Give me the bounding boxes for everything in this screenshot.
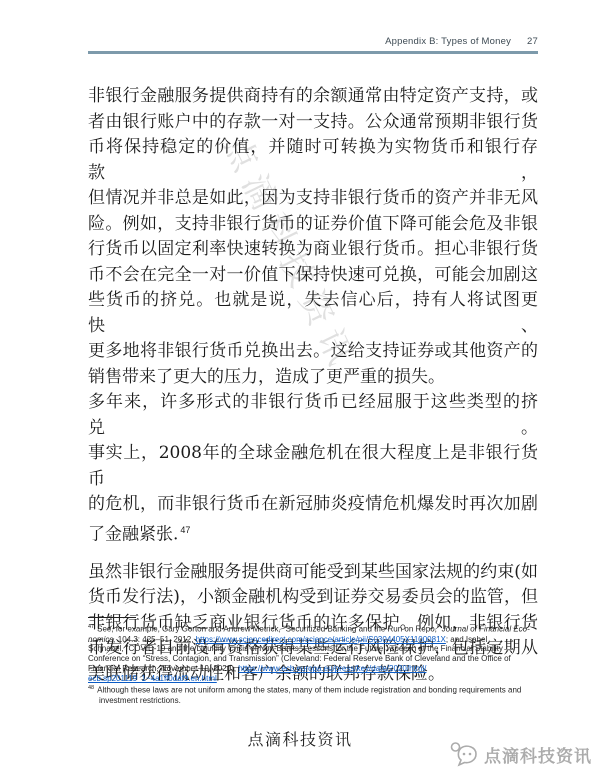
footnote-line: 48Although these laws are not uniform am… bbox=[88, 684, 544, 696]
logo-text: 点滴科技资讯 bbox=[484, 742, 592, 767]
body-line: 者由银行账户中的存款一对一支持。公众通常预期非银行货 bbox=[88, 110, 538, 136]
footnote-text: ; and Isabel bbox=[446, 635, 487, 644]
footnote-separator bbox=[88, 617, 136, 618]
header-rule bbox=[88, 51, 538, 54]
footnote-text: . bbox=[217, 674, 219, 683]
footnotes-section: 47See, for example, Gary Gorton and Andr… bbox=[88, 617, 544, 706]
document-page: 点滴科技资讯 Appendix B: Types of Money27 非银行金… bbox=[0, 0, 600, 777]
footnote-link[interactable]: ecb.sp201119_1~4a1ff0daf9.en.html bbox=[88, 674, 217, 683]
footnotes-list: 47See, for example, Gary Gorton and Andr… bbox=[88, 623, 544, 706]
chat-bubble-logo-icon bbox=[449, 740, 481, 768]
footnote-text: Schnabel, “COVID-19 and the Liquidity Cr… bbox=[88, 644, 503, 653]
body-line: 行货币以固定利率快速转换为商业银行货币。担心非银行货 bbox=[88, 237, 538, 263]
body-line: 货币发行法)，小额金融机构受到证券交易委员会的监管，但 bbox=[88, 585, 538, 611]
footnote-line: Schnabel, “COVID-19 and the Liquidity Cr… bbox=[88, 644, 544, 654]
footnote-text: Conference on “Stress, Contagion, and Tr… bbox=[88, 654, 511, 663]
footnote-ref: 47 bbox=[180, 525, 190, 535]
footnote-link[interactable]: https://www.ecb.europa.eu/press/key/date… bbox=[238, 664, 426, 673]
footnote-line: Conference on “Stress, Contagion, and Tr… bbox=[88, 654, 544, 664]
footnote-line: 47See, for example, Gary Gorton and Andr… bbox=[88, 623, 544, 635]
body-line: 事实上，2008年的全球金融危机在很大程度上是非银行货币 bbox=[88, 441, 538, 492]
header-title: Appendix B: Types of Money bbox=[385, 36, 511, 47]
paragraph: 非银行金融服务提供商持有的余额通常由特定资产支持，或者由银行账户中的存款一对一支… bbox=[88, 84, 538, 390]
footnote-line: ecb.sp201119_1~4a1ff0daf9.en.html. bbox=[88, 674, 544, 684]
body-text: 非银行金融服务提供商持有的余额通常由特定资产支持，或者由银行账户中的存款一对一支… bbox=[88, 84, 538, 687]
footnote-link[interactable]: https://www.sciencedirect.com/science/ar… bbox=[196, 635, 446, 644]
footnote-marker: 47 bbox=[88, 624, 94, 630]
footnote-text: nomics, bbox=[88, 635, 116, 644]
footnote-line: nomics, 104.3: 425–51, 2012, https://www… bbox=[88, 635, 544, 645]
footnote-text: Journal of Financial Eco- bbox=[442, 625, 530, 634]
footnote-text: Although these laws are not uniform amon… bbox=[97, 686, 521, 695]
body-line: 了金融紧张.47 bbox=[88, 518, 538, 548]
body-line: 更多地将非银行货币兑换出去。这给支持证券或其他资产的 bbox=[88, 339, 538, 365]
body-line: 些货币的挤兑。也就是说，失去信心后，持有人将试图更快、 bbox=[88, 288, 538, 339]
page-header: Appendix B: Types of Money27 bbox=[88, 36, 538, 47]
footnote-text: Financial Research, November 19, 2020), bbox=[88, 664, 238, 673]
body-line: 险。例如，支持非银行货币的证券价值下降可能会危及非银 bbox=[88, 212, 538, 238]
body-line: 虽然非银行金融服务提供商可能受到某些国家法规的约束(如 bbox=[88, 560, 538, 586]
logo-watermark: 点滴科技资讯 bbox=[449, 740, 592, 768]
page-number: 27 bbox=[527, 36, 538, 47]
footnote-line: Financial Research, November 19, 2020), … bbox=[88, 664, 544, 674]
body-line: 销售带来了更大的压力，造成了更严重的损失。 bbox=[88, 365, 538, 391]
body-line: 多年来，许多形式的非银行货币已经屈服于这些类型的挤兑。 bbox=[88, 390, 538, 441]
footnote-text: See, for example, Gary Gorton and Andrew… bbox=[97, 625, 442, 634]
body-line: 的危机，而非银行货币在新冠肺炎疫情危机爆发时再次加剧 bbox=[88, 492, 538, 518]
footnote-text: 104.3: 425–51, 2012, bbox=[116, 635, 196, 644]
body-line: 币不会在完全一对一价值下保持快速可兑换，可能会加剧这 bbox=[88, 263, 538, 289]
footnote-marker: 48 bbox=[88, 685, 94, 691]
body-line: 非银行金融服务提供商持有的余额通常由特定资产支持，或 bbox=[88, 84, 538, 110]
footnote-line: investment restrictions. bbox=[88, 696, 544, 706]
footnote-text: investment restrictions. bbox=[99, 696, 181, 705]
paragraph: 多年来，许多形式的非银行货币已经屈服于这些类型的挤兑。事实上，2008年的全球金… bbox=[88, 390, 538, 548]
body-line: 但情况并非总是如此，因为支持非银行货币的资产并非无风 bbox=[88, 186, 538, 212]
body-line: 币将保持稳定的价值，并随时可转换为实物货币和银行存款， bbox=[88, 135, 538, 186]
